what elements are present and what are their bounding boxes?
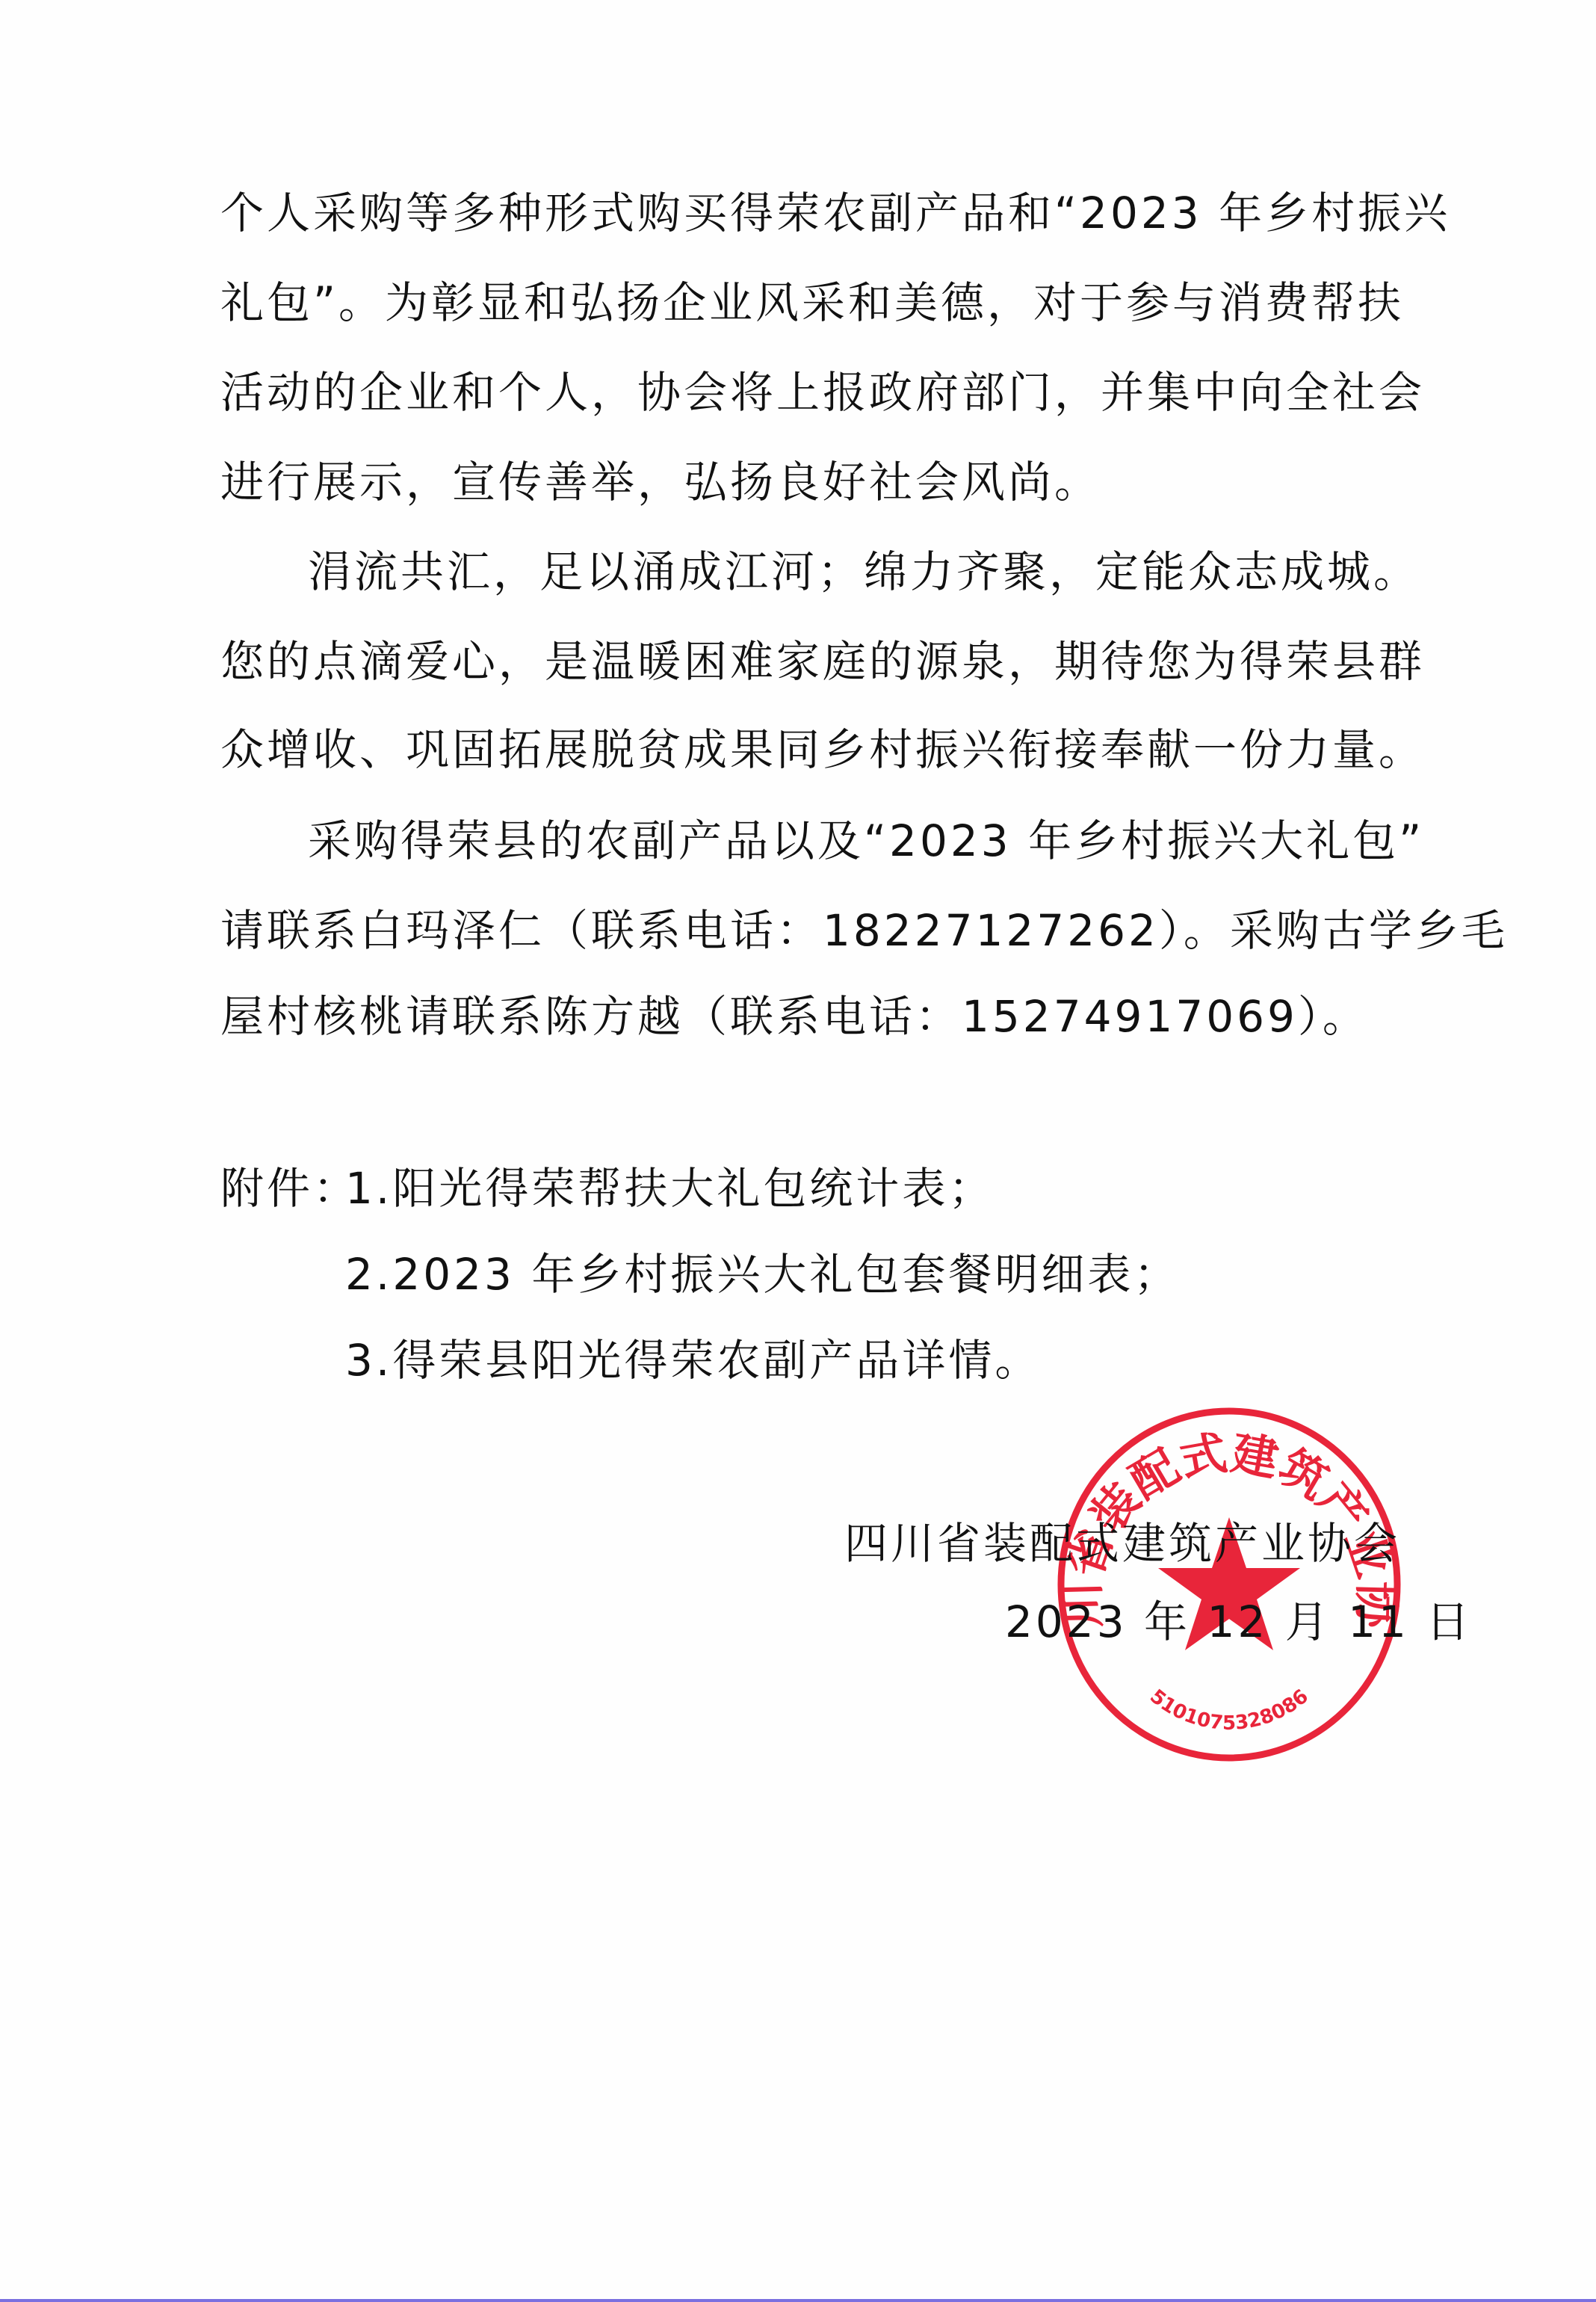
svg-text:5101075328086: 5101075328086 [1145,1685,1313,1735]
body-text-line: 采购得荣县的农副产品以及“2023 年乡村振兴大礼包” [308,811,1424,871]
body-text-line: 涓流共汇，足以涌成江河；绵力齐聚，定能众志成城。 [308,542,1420,602]
body-text-line: 进行展示，宣传善举，弘扬良好社会风尚。 [220,452,1101,512]
body-text-line: 个人采购等多种形式购买得荣农副产品和“2023 年乡村振兴 [220,183,1450,243]
signature-date: 2023 年 12 月 11 日 [1005,1592,1472,1652]
page-bottom-edge [0,2299,1596,2302]
attachments-label: 附件： [220,1158,359,1218]
body-text-line: 屋村核桃请联系陈方越（联系电话：15274917069）。 [220,987,1369,1046]
attachment-item: 2.2023 年乡村振兴大礼包套餐明细表； [345,1244,1180,1304]
attachment-item: 3.得荣县阳光得荣农副产品详情。 [345,1330,1041,1390]
attachment-item: 1.阳光得荣帮扶大礼包统计表； [345,1158,995,1218]
signature-organization: 四川省装配式建筑产业协会 [844,1513,1400,1573]
official-seal-icon: 四川省装配式建筑产业协会 5101075328086 [1042,1398,1416,1771]
body-text-line: 请联系白玛泽仁（联系电话：18227127262）。采购古学乡毛 [220,901,1508,960]
body-text-line: 活动的企业和个人，协会将上报政府部门，并集中向全社会 [220,362,1425,422]
body-text-line: 您的点滴爱心，是温暖困难家庭的源泉，期待您为得荣县群 [220,632,1425,691]
body-text-line: 众增收、巩固拓展脱贫成果同乡村振兴衔接奉献一份力量。 [220,720,1425,780]
body-text-line: 礼包”。为彰显和弘扬企业风采和美德，对于参与消费帮扶 [220,273,1404,333]
